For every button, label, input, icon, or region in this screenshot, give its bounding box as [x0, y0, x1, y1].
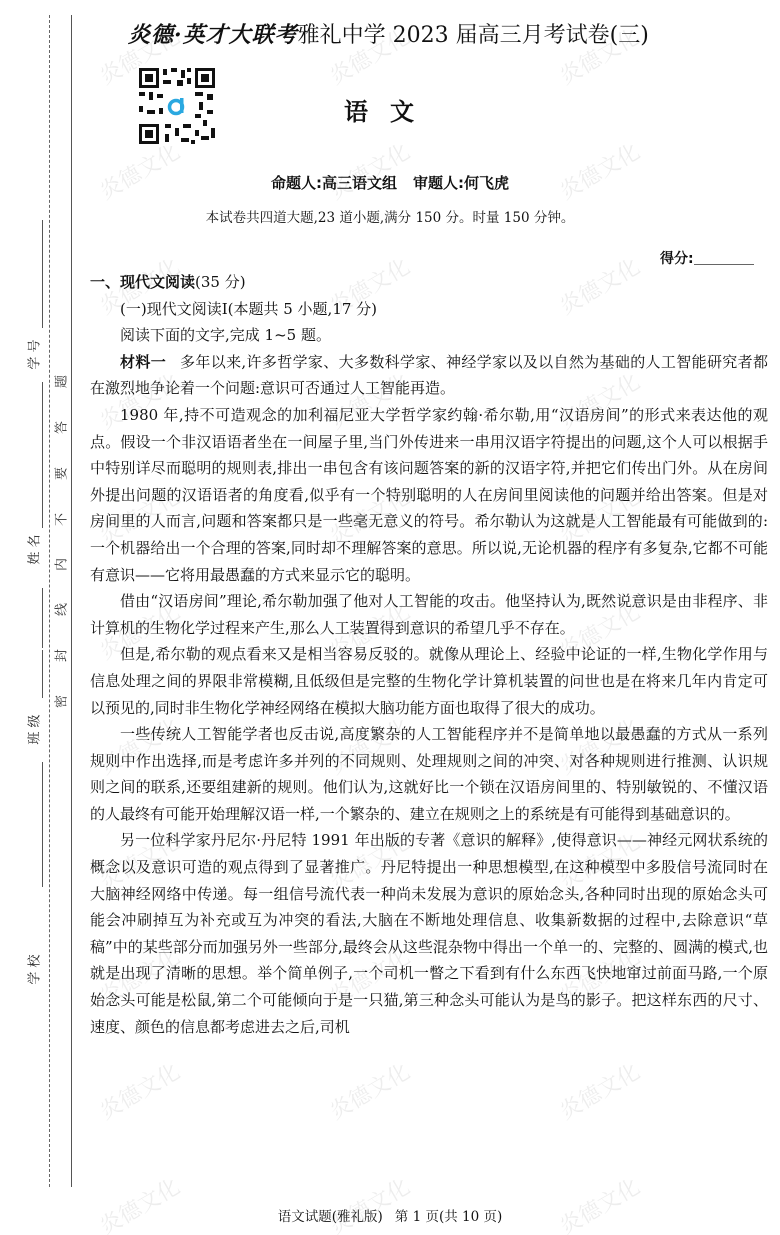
school-label: 学 校 — [24, 954, 43, 984]
exam-page: 炎德文化炎德文化炎德文化炎德文化炎德文化炎德文化炎德文化炎德文化炎德文化炎德文化… — [0, 0, 780, 1235]
watermark-text: 炎德文化 — [323, 1055, 415, 1126]
seal-char: 封 — [51, 648, 70, 664]
watermark-text: 炎德文化 — [323, 1170, 415, 1235]
seal-char: 内 — [51, 557, 70, 573]
score-label: 得分: — [660, 251, 694, 267]
name-blank[interactable] — [42, 420, 43, 528]
student-id-label: 学 号 — [24, 339, 43, 369]
watermark-text: 炎德文化 — [93, 1055, 185, 1126]
exam-info: 本试卷共四道大题,23 道小题,满分 150 分。时量 150 分钟。 — [0, 206, 780, 226]
name-blank-lower[interactable] — [42, 588, 43, 648]
section-heading: 一、现代文阅读(35 分) — [90, 269, 768, 296]
class-blank[interactable] — [42, 650, 43, 698]
paragraph-4: 但是,希尔勒的观点看来又是相当容易反驳的。就像从理论上、经验中论证的一样,生物化… — [90, 641, 768, 721]
paragraph-text: 多年以来,许多哲学家、大多数科学家、神经学家以及以自然为基础的人工智能研究者都在… — [90, 353, 768, 398]
seal-char: 要 — [51, 466, 70, 482]
page-footer: 语文试题(雅礼版)第 1 页(共 10 页) — [0, 1205, 780, 1225]
paragraph-1: 材料一多年以来,许多哲学家、大多数科学家、神经学家以及以自然为基础的人工智能研究… — [90, 349, 768, 402]
paragraph-6: 另一位科学家丹尼尔·丹尼特 1991 年出版的专著《意识的解释》,使得意识——神… — [90, 827, 768, 1040]
seal-char: 不 — [51, 512, 70, 528]
footer-page-number: 第 1 页(共 10 页) — [395, 1209, 502, 1225]
reading-section: 一、现代文阅读(35 分) (一)现代文阅读Ⅰ(本题共 5 小题,17 分) 阅… — [90, 269, 768, 1040]
score-blank[interactable] — [694, 264, 754, 265]
section-title: 一、现代文阅读 — [90, 273, 195, 291]
school-field[interactable]: 学 校 — [10, 890, 40, 1010]
class-field[interactable]: 班 级 — [10, 650, 40, 890]
name-label: 姓 名 — [24, 534, 43, 564]
score-field: 得分: — [660, 248, 754, 268]
subsection-heading: (一)现代文阅读Ⅰ(本题共 5 小题,17 分) — [90, 296, 768, 323]
seal-char: 密 — [51, 694, 70, 710]
reviewer: 审题人:何飞虎 — [413, 174, 509, 192]
watermark-text: 炎德文化 — [93, 1170, 185, 1235]
brand-name: 炎德·英才大联考 — [128, 22, 298, 48]
seal-char: 题 — [51, 374, 70, 390]
student-id-field[interactable]: 学 号 — [10, 220, 40, 420]
watermark-text: 炎德文化 — [553, 1055, 645, 1126]
paragraph-2: 1980 年,持不可造观念的加利福尼亚大学哲学家约翰·希尔勒,用“汉语房间”的形… — [90, 402, 768, 588]
student-id-blank[interactable] — [42, 220, 43, 328]
exam-title: 炎德·英才大联考雅礼中学 2023 届高三月考试卷(三) — [128, 18, 748, 49]
name-field[interactable]: 姓 名 — [10, 420, 40, 650]
paragraph-5: 一些传统人工智能学者也反击说,高度繁杂的人工智能程序并不是简单地以最愚蠢的方式从… — [90, 721, 768, 827]
watermark-text: 炎德文化 — [553, 1170, 645, 1235]
instruction: 阅读下面的文字,完成 1~5 题。 — [90, 322, 768, 349]
seal-char: 答 — [51, 420, 70, 436]
footer-paper: 语文试题(雅礼版) — [278, 1209, 383, 1225]
subject-title: 语文 — [0, 92, 780, 127]
paragraph-3: 借由“汉语房间”理论,希尔勒加强了他对人工智能的攻击。他坚持认为,既然说意识是由… — [90, 588, 768, 641]
section-points: (35 分) — [195, 273, 246, 291]
watermark-text: 炎德文化 — [553, 135, 645, 206]
class-label: 班 级 — [24, 714, 43, 744]
setter: 命题人:高三语文组 — [271, 174, 397, 192]
seal-char: 线 — [51, 602, 70, 618]
watermark-text: 炎德文化 — [323, 135, 415, 206]
exam-title-text: 雅礼中学 2023 届高三月考试卷(三) — [298, 23, 649, 48]
authors-line: 命题人:高三语文组审题人:何飞虎 — [0, 172, 780, 193]
material-label: 材料一 — [120, 353, 166, 371]
class-blank-lower[interactable] — [42, 762, 43, 887]
